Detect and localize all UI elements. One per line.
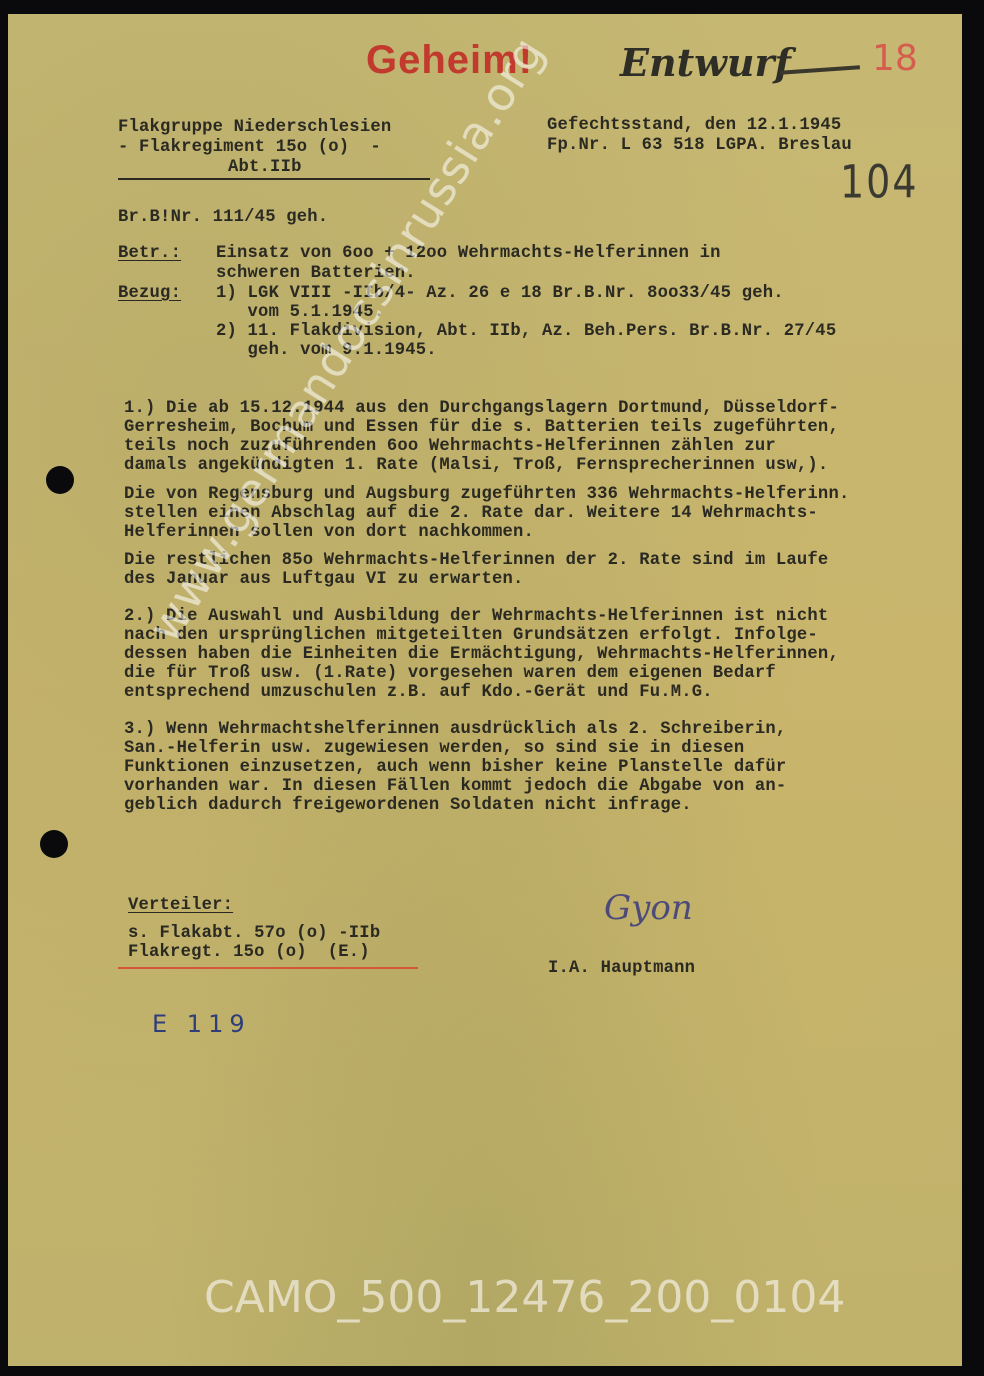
para1a-line-1: 1.) Die ab 15.12.1944 aus den Durchgangs… bbox=[124, 399, 839, 420]
sender-underline bbox=[118, 178, 430, 180]
distribution-label: Verteiler: bbox=[128, 896, 233, 917]
para2-line-4: die für Troß usw. (1.Rate) vorgesehen wa… bbox=[124, 664, 776, 685]
red-underline-mark bbox=[118, 967, 418, 969]
para2-line-3: dessen haben die Einheiten die Ermächtig… bbox=[124, 645, 839, 666]
place-date: Gefechtsstand, den 12.1.1945 bbox=[547, 116, 841, 137]
draft-stamp: Entwurf bbox=[620, 40, 791, 85]
para1a-line-2: Gerresheim, Bochum und Essen für die s. … bbox=[124, 418, 839, 439]
punch-hole bbox=[40, 830, 68, 858]
handwritten-note: E 119 bbox=[152, 1010, 251, 1038]
archive-identifier: CAMO_500_12476_200_0104 bbox=[204, 1272, 845, 1323]
handwritten-signature: Gyon bbox=[604, 888, 693, 928]
sender-line-3: Abt.IIb bbox=[228, 158, 302, 179]
reference-label: Bezug: bbox=[118, 284, 181, 305]
para1a-line-3: teils noch zuzuführenden 6oo Wehrmachts-… bbox=[124, 437, 776, 458]
reference-line-3: 2) 11. Flakdivision, Abt. IIb, Az. Beh.P… bbox=[216, 322, 836, 343]
field-post-number: Fp.Nr. L 63 518 LGPA. Breslau bbox=[547, 136, 852, 157]
red-annotation: 18 bbox=[872, 38, 918, 79]
reference-line-1: 1) LGK VIII -IIb/4- Az. 26 e 18 Br.B.Nr.… bbox=[216, 284, 784, 305]
para3-line-3: Funktionen einzusetzen, auch wenn bisher… bbox=[124, 758, 786, 779]
reference-number: Br.B!Nr. 111/45 geh. bbox=[118, 208, 328, 229]
subject-line-1: Einsatz von 6oo + 12oo Wehrmachts-Helfer… bbox=[216, 244, 721, 265]
para2-line-2: nach den ursprünglichen mitgeteilten Gru… bbox=[124, 626, 818, 647]
sender-line-2: - Flakregiment 15o (o) - bbox=[118, 138, 381, 159]
para3-line-2: San.-Helferin usw. zugewiesen werden, so… bbox=[124, 739, 744, 760]
para2-line-5: entsprechend umzuschulen z.B. auf Kdo.-G… bbox=[124, 683, 713, 704]
punch-hole bbox=[46, 466, 74, 494]
signature-title: I.A. Hauptmann bbox=[548, 959, 695, 980]
distribution-line-1: s. Flakabt. 57o (o) -IIb bbox=[128, 924, 380, 945]
handwritten-page-number: 104 bbox=[840, 156, 919, 209]
para2-line-1: 2.) Die Auswahl und Ausbildung der Wehrm… bbox=[124, 607, 828, 628]
distribution-line-2: Flakregt. 15o (o) (E.) bbox=[128, 943, 370, 964]
para3-line-5: geblich dadurch freigewordenen Soldaten … bbox=[124, 796, 692, 817]
para3-line-4: vorhanden war. In diesen Fällen kommt je… bbox=[124, 777, 786, 798]
para3-line-1: 3.) Wenn Wehrmachtshelferinnen ausdrückl… bbox=[124, 720, 786, 741]
sender-line-1: Flakgruppe Niederschlesien bbox=[118, 118, 391, 139]
para1b-line-3: Helferinnen sollen von dort nachkommen. bbox=[124, 523, 534, 544]
subject-label: Betr.: bbox=[118, 244, 181, 265]
